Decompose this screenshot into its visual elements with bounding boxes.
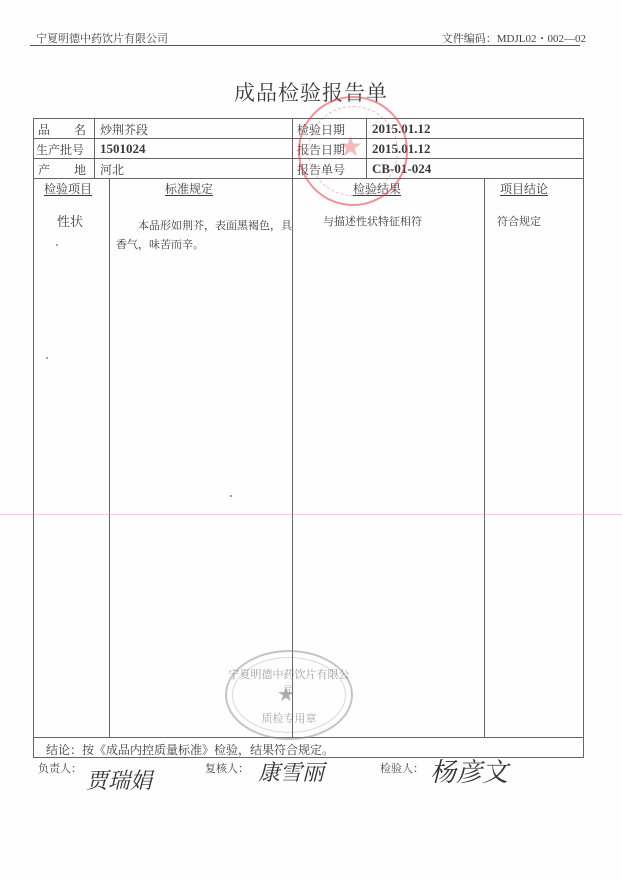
column-header-conclusion: 项目结论 [500,180,548,197]
grid-line [109,178,110,737]
inspector-signature: 杨彦文 [430,752,508,789]
grid-line [583,118,584,758]
product-name-value: 炒荆芥段 [100,121,148,138]
reviewer-signature: 康雪丽 [258,756,324,787]
header-document-code: 文件编码：MDJL02・002—02 [442,30,586,46]
quality-inspection-seal: 宁夏明德中药饮片有限公司 ★ 质检专用章 [225,650,353,740]
grid-line [292,118,293,737]
product-name-label: 品 名 [38,121,86,138]
header-rule [30,45,580,46]
grid-line [484,178,485,737]
seal-text-bottom: 质检专用章 [227,710,351,726]
row-item: 性状 [57,211,83,230]
grid-line [33,118,34,758]
grid-line [94,118,95,178]
origin-label: 产 地 [38,161,86,178]
page-title: 成品检验报告单 [0,77,622,107]
scan-speck [46,357,48,359]
batch-label: 生产批号 [36,141,84,158]
row-conclusion: 符合规定 [497,213,541,229]
row-standard: 本品形如荆芥，表面黑褐色，具香气，味苦而辛。 [116,216,294,254]
scan-speck [56,244,58,246]
inspector-label: 检验人： [380,760,424,776]
responsible-label: 负责人： [38,760,82,776]
row-result: 与描述性状特征相符 [323,213,422,229]
scan-artifact-line [0,514,622,515]
batch-value: 1501024 [100,141,146,157]
column-header-item: 检验项目 [44,180,92,197]
star-icon: ★ [338,130,363,163]
red-company-seal: ★ [298,96,408,206]
origin-value: 河北 [100,161,124,178]
scan-speck [230,495,232,497]
header-company: 宁夏明德中药饮片有限公司 [36,30,168,46]
reviewer-label: 复核人： [205,760,249,776]
responsible-signature: 贾瑞娟 [86,764,152,795]
star-icon: ★ [277,682,295,706]
column-header-standard: 标准规定 [165,180,213,197]
